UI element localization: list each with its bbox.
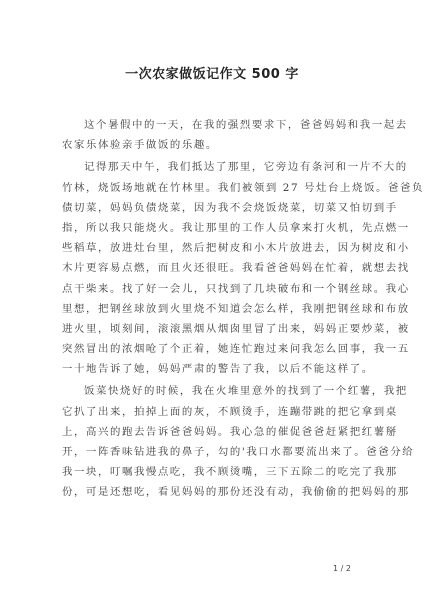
text-line: 债切菜，妈妈负债烧菜，因为我不会烧饭烧菜，切菜又怕切到手 xyxy=(62,198,364,218)
text-line: 里想，把钢丝球放到火里烧不知道会怎么样，我刚把钢丝球和布放 xyxy=(62,299,364,319)
document-page: 一次农家做饭记作文 500 字 这个暑假中的一天，在我的强烈要求下，爸爸妈妈和我… xyxy=(0,0,424,600)
page-number: 1 / 2 xyxy=(333,564,351,573)
paragraph-3: 饭菜快烧好的时候，我在火堆里意外的找到了一个红薯，我把 它扒了出来，拍掉上面的灰… xyxy=(62,381,364,502)
text-line: 突然冒出的浓烟呛了个正着，她连忙跑过来问我怎么回事，我一五 xyxy=(62,339,364,359)
text-line: 它扒了出来，拍掉上面的灰，不顾烫手，连蹦带跳的把它拿到桌 xyxy=(62,402,364,422)
text-line: 份，可是还想吃，看见妈妈的那份还没有动，我偷偷的把妈妈的那 xyxy=(62,482,364,502)
text-line: 进火里，顷刻间，滚滚黑烟从烟囱里冒了出来，妈妈正要炒菜，被 xyxy=(62,319,364,339)
text-line: 饭菜快烧好的时候，我在火堆里意外的找到了一个红薯，我把 xyxy=(62,381,364,401)
text-line: 一十地告诉了她，妈妈严肃的警告了我，以后不能这样了。 xyxy=(62,359,364,379)
text-line: 开，一阵香味钻进我的鼻子，勾的'我口水都要流出来了。爸爸分给 xyxy=(62,442,364,462)
text-line: 些稻草，放进灶台里，然后把树皮和小木片放进去，因为树皮和小 xyxy=(62,238,364,258)
text-line: 竹林，烧饭场地就在竹林里。我们被领到 27 号灶台上烧饭。爸爸负 xyxy=(62,178,364,198)
text-line: 我一块，叮嘱我慢点吃，我不顾烫嘴，三下五除二的吃完了我那 xyxy=(62,462,364,482)
text-line: 点干柴来。找了好一会儿，只找到了几块破布和一个钢丝球。我心 xyxy=(62,279,364,299)
paragraph-1: 这个暑假中的一天，在我的强烈要求下，爸爸妈妈和我一起去 农家乐体验亲手做饭的乐趣… xyxy=(62,115,364,155)
document-title: 一次农家做饭记作文 500 字 xyxy=(0,63,424,82)
text-line: 这个暑假中的一天，在我的强烈要求下，爸爸妈妈和我一起去 xyxy=(62,115,364,135)
text-line: 木片更容易点燃，而且火还很旺。我看爸爸妈妈在忙着，就想去找 xyxy=(62,258,364,278)
text-line: 指，所以我只能烧火。我让那里的工作人员拿来打火机，先点燃一 xyxy=(62,218,364,238)
paragraph-2: 记得那天中午，我们抵达了那里，它旁边有条河和一片不大的 竹林，烧饭场地就在竹林里… xyxy=(62,157,364,379)
document-body: 这个暑假中的一天，在我的强烈要求下，爸爸妈妈和我一起去 农家乐体验亲手做饭的乐趣… xyxy=(62,115,364,505)
text-line: 记得那天中午，我们抵达了那里，它旁边有条河和一片不大的 xyxy=(62,157,364,177)
text-line: 上，高兴的跑去告诉爸爸妈妈。我心急的催促爸爸赶紧把红薯掰 xyxy=(62,422,364,442)
text-line: 农家乐体验亲手做饭的乐趣。 xyxy=(62,135,364,155)
